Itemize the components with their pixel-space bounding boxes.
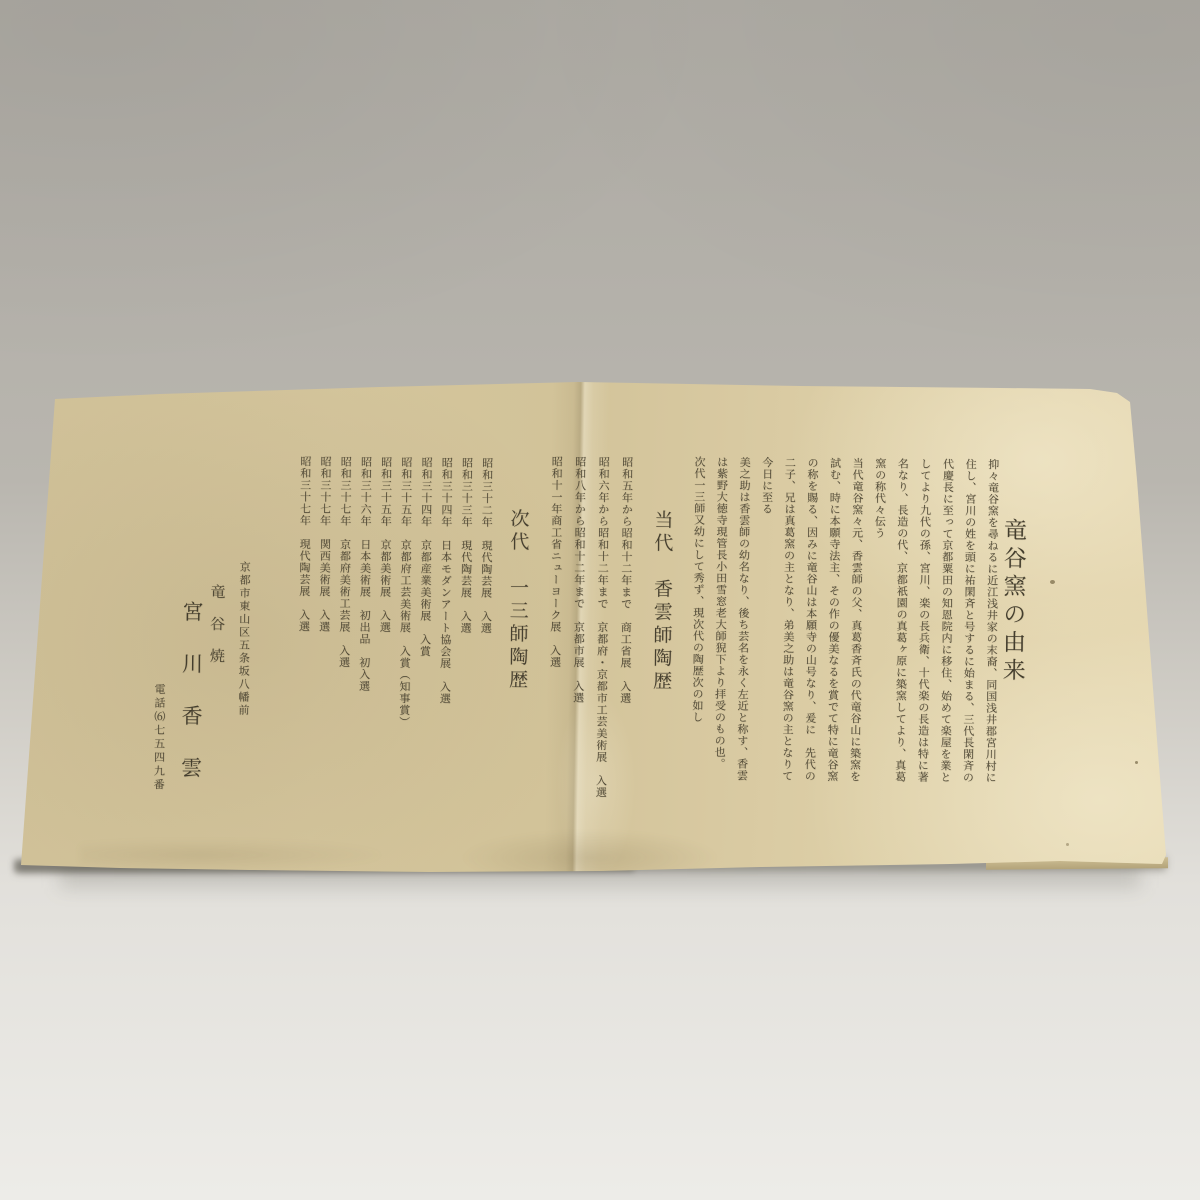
text-column: 住し、宮川の姓を頭に祐閑斉と号するに始まる、三代長閑斉の xyxy=(956,458,981,783)
text-column: 昭和六年から昭和十二年まで 京都府・京都市工芸美術展 入選 xyxy=(589,456,615,798)
text-column: 次代一三師又幼にして秀ず、現次代の陶歴次の如し xyxy=(685,456,710,781)
text-column: 当代竜谷窯々元、香雲師の父、真葛香斉氏の代竜谷山に築窯を xyxy=(843,457,868,782)
phone-number: 電話⑹七五四九番 xyxy=(152,683,165,792)
text-column: 昭和十一年商工省ニューヨーク展 入選 xyxy=(542,456,568,798)
text-column: 窯の称代々伝う xyxy=(865,458,890,783)
text-column: の称を賜る、因みに竜谷山は本願寺の山号なり、爰に 先代の xyxy=(798,457,823,782)
text-column: 名なり、長造の代、京都祇園の真葛ヶ原に築窯してより、真葛 xyxy=(888,458,913,783)
text-column: 昭和三十三年 現代陶芸展 入選 xyxy=(454,457,477,729)
text-column: 試む、時に本願寺法主、その作の優美なるを賞でて特に竜谷窯 xyxy=(820,457,845,782)
text-column: 二子、兄は真葛窯の主となり、弟美之助は竜谷窯の主となりて xyxy=(775,457,800,782)
photo-scene: 竜谷窯の由来 抑々竜谷窯を尋ねるに近江浅井家の末裔、同国浅井郡宮川村に住し、宮川… xyxy=(0,0,1200,1200)
text-column: 今日に至る xyxy=(752,457,777,782)
origin-paragraph: 抑々竜谷窯を尋ねるに近江浅井家の末裔、同国浅井郡宮川村に住し、宮川の姓を頭に祐閑… xyxy=(685,456,1004,784)
text-column: 昭和三十七年 現代陶芸展 入選 xyxy=(292,456,315,728)
text-column: 昭和八年から昭和十二年まで 京都市展 入選 xyxy=(565,456,591,798)
text-column: 昭和三十七年 京都府美術工芸展 入選 xyxy=(333,456,356,728)
text-column: 昭和三十二年 現代陶芸展 入選 xyxy=(474,457,497,729)
printed-text-layer: 竜谷窯の由来 抑々竜谷窯を尋ねるに近江浅井家の末裔、同国浅井郡宮川村に住し、宮川… xyxy=(0,0,1200,1200)
current-master-exhibition-list: 昭和五年から昭和十二年まで 商工省展 入選昭和六年から昭和十二年まで 京都府・京… xyxy=(542,456,639,799)
text-column: は紫野大徳寺現管長小田雪窓老大師猊下より拝受のもの也。 xyxy=(707,456,732,781)
document-sheet: 竜谷窯の由来 抑々竜谷窯を尋ねるに近江浅井家の末裔、同国浅井郡宮川村に住し、宮川… xyxy=(0,0,1200,1200)
text-column: 昭和三十四年 京都産業美術展 入賞 xyxy=(414,457,437,729)
section-heading-current-master: 当代 香雲師陶歴 xyxy=(650,510,673,694)
potter-name: 宮川香雲 xyxy=(178,601,203,809)
address-line: 京都市東山区五条坂八幡前 xyxy=(236,561,250,717)
text-column: してより九代の孫、宮川、楽の長兵衛、十代楽の長造は特に著 xyxy=(911,458,936,783)
text-column: 昭和五年から昭和十二年まで 商工省展 入選 xyxy=(612,456,638,798)
text-column: 昭和三十五年 京都府工芸美術展 入賞（知事賞） xyxy=(393,456,416,728)
section-heading-next-master: 次代 一三師陶歴 xyxy=(506,508,529,692)
text-column: 昭和三十六年 日本美術展 初出品 初入選 xyxy=(353,456,376,728)
text-column: 美之助は香雲師の幼名なり、後ち芸名を永く左近と称す、香雲 xyxy=(730,456,755,781)
text-column: 代慶長に至って京都粟田の知恩院内に移住、始めて楽屋を業と xyxy=(933,458,958,783)
text-column: 抑々竜谷窯を尋ねるに近江浅井家の末裔、同国浅井郡宮川村に xyxy=(978,459,1003,784)
kiln-name: 竜谷焼 xyxy=(208,584,226,680)
next-master-exhibition-list: 昭和三十二年 現代陶芸展 入選昭和三十三年 現代陶芸展 入選昭和三十四年 日本モ… xyxy=(292,456,496,729)
text-column: 昭和三十七年 関西美術展 入選 xyxy=(313,456,336,728)
text-column: 昭和三十四年 日本モダンアート協会展 入選 xyxy=(434,457,457,729)
text-column: 昭和三十五年 京都美術展 入選 xyxy=(373,456,396,728)
